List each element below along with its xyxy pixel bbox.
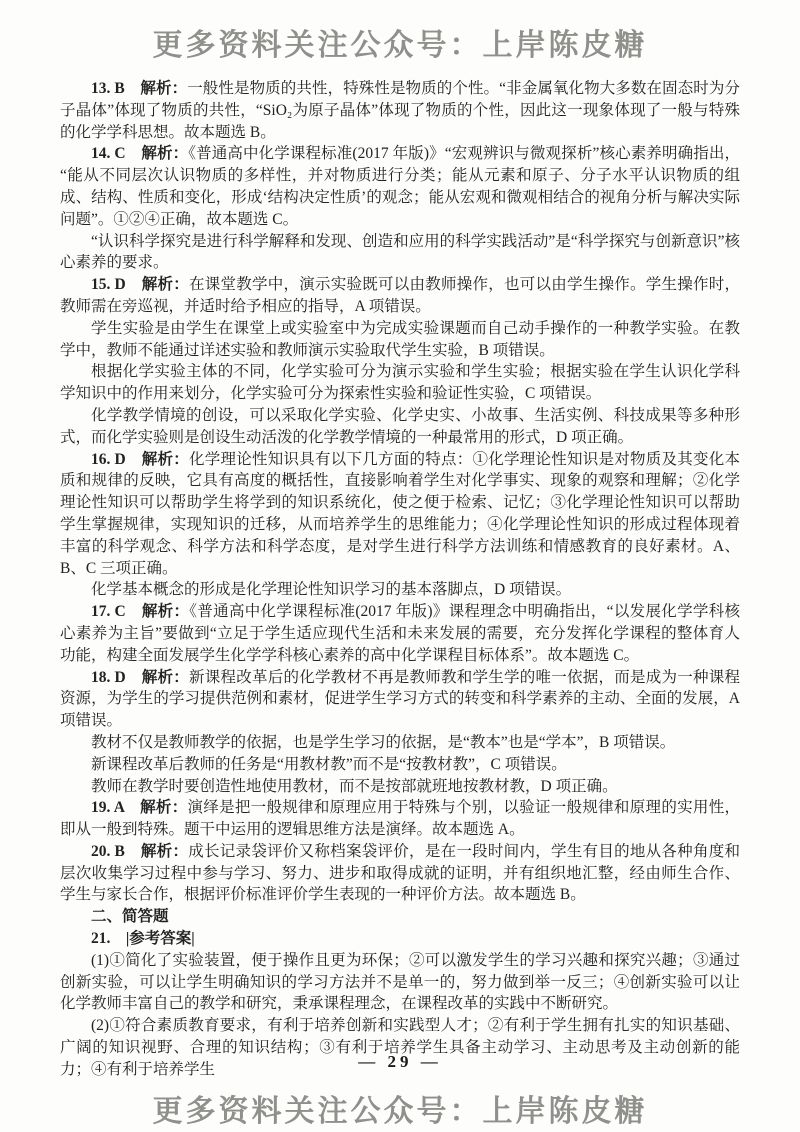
- answer-paragraph: 15. D 解析：在课堂教学中，演示实验既可以由教师操作，也可以由学生操作。学生…: [60, 274, 740, 318]
- paragraph-label: 二、简答题: [91, 908, 169, 925]
- answer-paragraph: 20. B 解析：成长记录袋评价又称档案袋评价，是在一段时间内，学生有目的地从各…: [60, 841, 740, 906]
- answer-paragraph: 二、简答题: [60, 906, 740, 928]
- header-watermark: 更多资料关注公众号：上岸陈皮糖: [0, 20, 800, 64]
- paragraph-text: 教师在教学时要创造性地使用教材，而不是按部就班地按教材教，D 项正确。: [91, 778, 618, 795]
- paragraph-label: 20. B 解析：: [91, 843, 188, 860]
- answer-paragraph: 教师在教学时要创造性地使用教材，而不是按部就班地按教材教，D 项正确。: [60, 776, 740, 798]
- page-number: — 29 —: [0, 1052, 800, 1072]
- paragraph-label: 21. |参考答案|: [91, 930, 195, 947]
- answer-paragraph: 13. B 解析：一般性是物质的共性，特殊性是物质的个性。“非金属氧化物大多数在…: [60, 78, 740, 143]
- footer-watermark: 更多资料关注公众号：上岸陈皮糖: [0, 1086, 800, 1130]
- paragraph-text: 新课程改革后教师的任务是“用教材教”而不是“按教材教”，C 项错误。: [91, 756, 567, 773]
- paragraph-label: 15. D 解析：: [91, 276, 189, 293]
- answer-paragraph: 学生实验是由学生在课堂上或实验室中为完成实验课题而自己动手操作的一种教学实验。在…: [60, 318, 740, 362]
- answer-paragraph: 17. C 解析：《普通高中化学课程标准(2017 年版)》课程理念中明确指出，…: [60, 601, 740, 666]
- answer-paragraph: 14. C 解析：《普通高中化学课程标准(2017 年版)》“宏观辨识与微观探析…: [60, 143, 740, 230]
- answer-paragraph: 21. |参考答案|: [60, 928, 740, 950]
- answer-paragraph: 16. D 解析：化学理论性知识具有以下几方面的特点：①化学理论性知识是对物质及…: [60, 449, 740, 580]
- paragraph-text: “认识科学探究是进行科学解释和发现、创造和应用的科学实践活动”是“科学探究与创新…: [60, 233, 740, 272]
- paragraph-text: 根据化学实验主体的不同，化学实验可分为演示实验和学生实验；根据实验在学生认识化学…: [60, 363, 740, 402]
- answer-paragraph: 化学教学情境的创设，可以采取化学实验、化学史实、小故事、生活实例、科技成果等多种…: [60, 405, 740, 449]
- paragraph-text: 教材不仅是教师教学的依据，也是学生学习的依据，是“教本”也是“学本”，B 项错误…: [91, 734, 675, 751]
- paragraph-text: 学生实验是由学生在课堂上或实验室中为完成实验课题而自己动手操作的一种教学实验。在…: [60, 320, 740, 359]
- scanned-page: 更多资料关注公众号：上岸陈皮糖 13. B 解析：一般性是物质的共性，特殊性是物…: [0, 0, 800, 1132]
- answer-paragraph: 教材不仅是教师教学的依据，也是学生学习的依据，是“教本”也是“学本”，B 项错误…: [60, 732, 740, 754]
- paragraph-text: 化学基本概念的形成是化学理论性知识学习的基本落脚点，D 项错误。: [91, 581, 571, 598]
- paragraph-text: 化学教学情境的创设，可以采取化学实验、化学史实、小故事、生活实例、科技成果等多种…: [60, 407, 740, 446]
- paragraph-text: (1)①简化了实验装置，便于操作且更为环保；②可以激发学生的学习兴趣和探究兴趣；…: [60, 952, 740, 1013]
- answer-paragraph: 19. A 解析：演绎是把一般规律和原理应用于特殊与个别，以验证一般规律和原理的…: [60, 797, 740, 841]
- paragraph-label: 14. C 解析：: [91, 145, 188, 162]
- answer-body: 13. B 解析：一般性是物质的共性，特殊性是物质的个性。“非金属氧化物大多数在…: [60, 78, 740, 1081]
- paragraph-label: 16. D 解析：: [91, 451, 189, 468]
- paragraph-label: 13. B 解析：: [91, 80, 187, 97]
- paragraph-text: 化学理论性知识具有以下几方面的特点：①化学理论性知识是对物质及其变化本质和规律的…: [60, 451, 740, 577]
- answer-paragraph: 化学基本概念的形成是化学理论性知识学习的基本落脚点，D 项错误。: [60, 579, 740, 601]
- answer-paragraph: (1)①简化了实验装置，便于操作且更为环保；②可以激发学生的学习兴趣和探究兴趣；…: [60, 950, 740, 1015]
- answer-paragraph: 18. D 解析：新课程改革后的化学教材不再是教师教和学生学的唯一依据，而是成为…: [60, 667, 740, 732]
- answer-paragraph: 新课程改革后教师的任务是“用教材教”而不是“按教材教”，C 项错误。: [60, 754, 740, 776]
- paragraph-label: 17. C 解析：: [91, 603, 189, 620]
- paragraph-label: 19. A 解析：: [91, 799, 188, 816]
- answer-paragraph: 根据化学实验主体的不同，化学实验可分为演示实验和学生实验；根据实验在学生认识化学…: [60, 361, 740, 405]
- answer-paragraph: “认识科学探究是进行科学解释和发现、创造和应用的科学实践活动”是“科学探究与创新…: [60, 231, 740, 275]
- paragraph-label: 18. D 解析：: [91, 669, 189, 686]
